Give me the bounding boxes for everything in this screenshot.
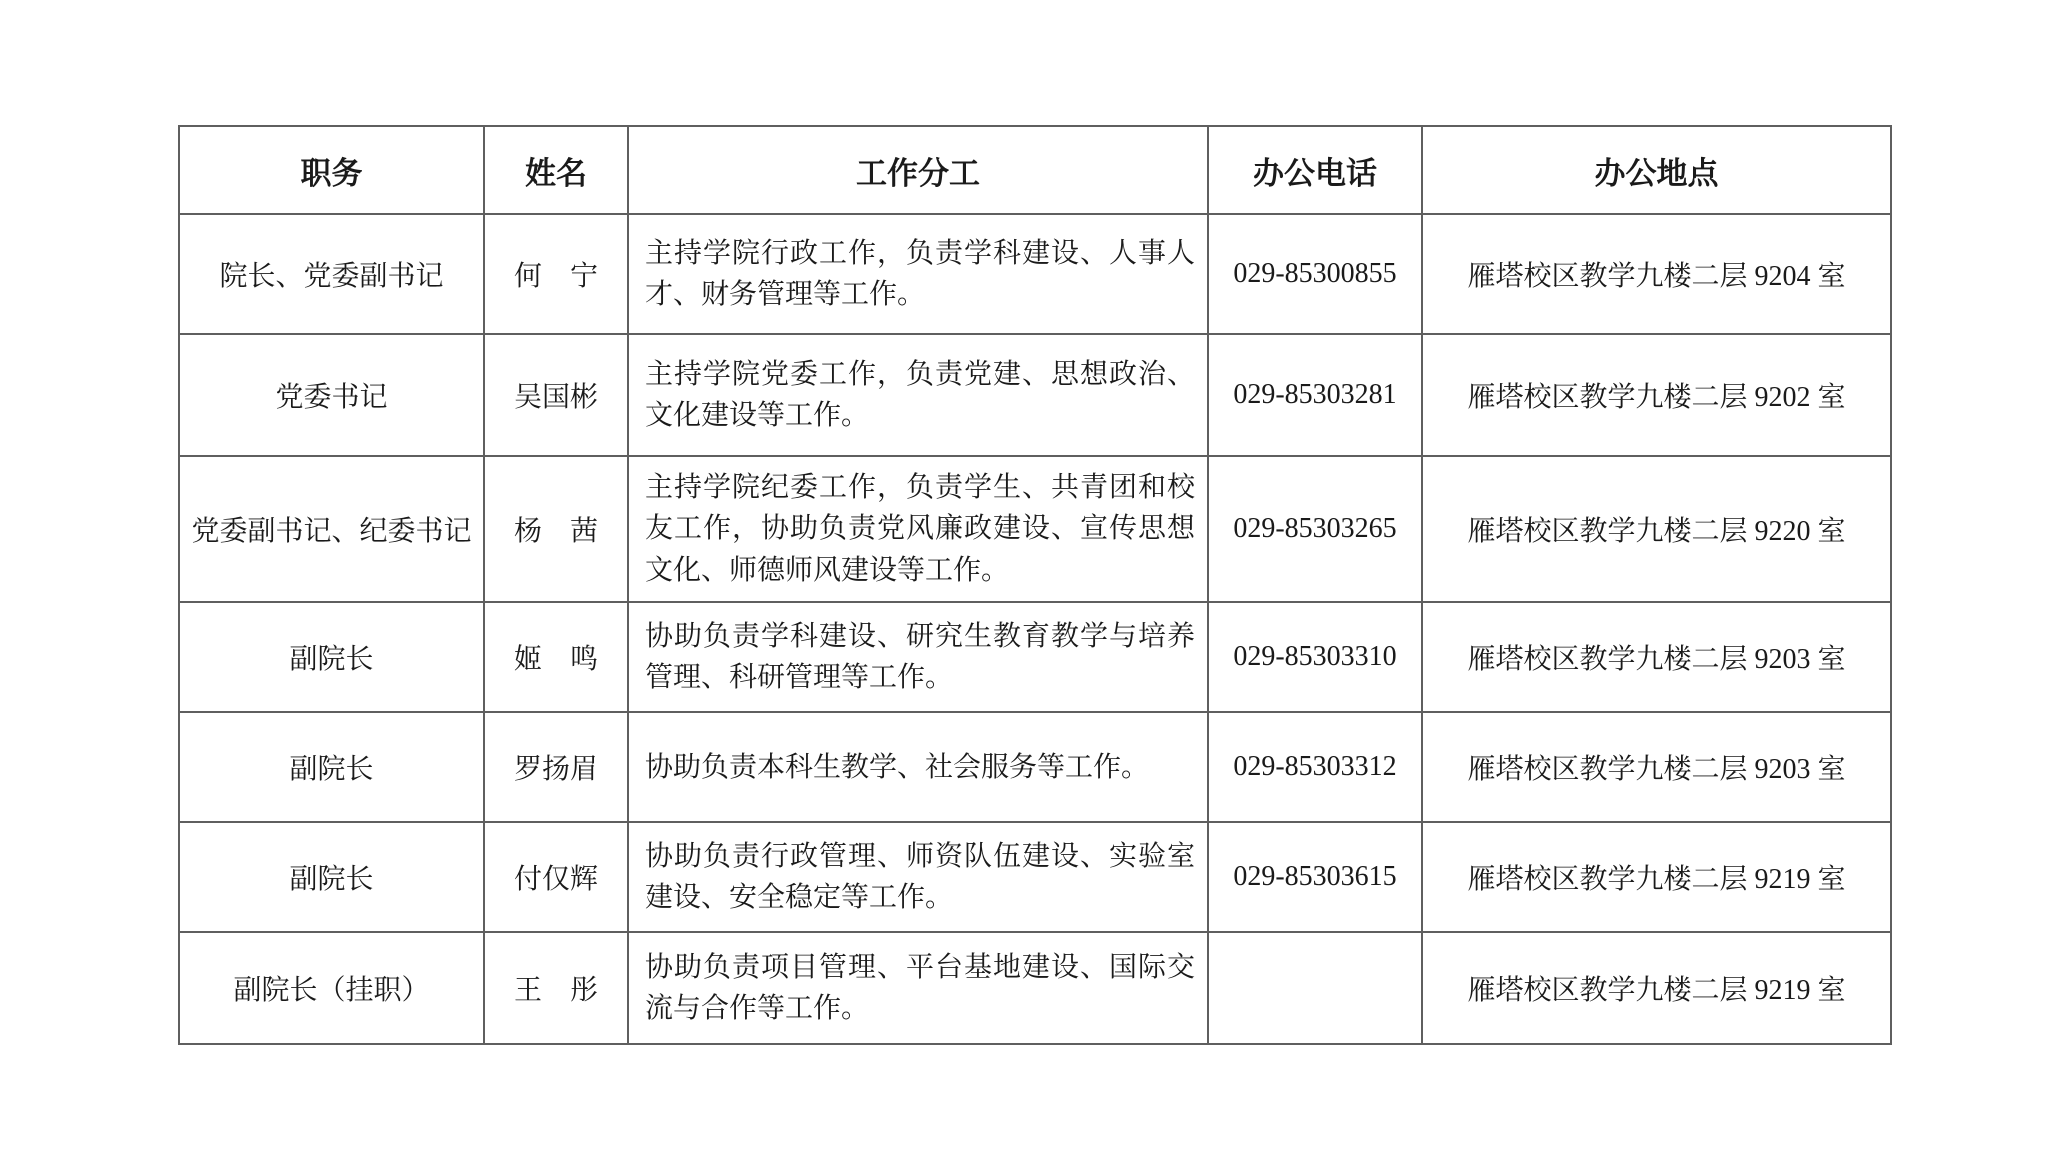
- staff-directory-table: 职务 姓名 工作分工 办公电话 办公地点 院长、党委副书记 何 宁 主持学院行政…: [178, 125, 1892, 1045]
- phone-cell: 029-85303615: [1208, 822, 1422, 932]
- office-cell: 雁塔校区教学九楼二层 9219 室: [1422, 822, 1891, 932]
- position-cell: 党委书记: [179, 334, 484, 456]
- header-row: 职务 姓名 工作分工 办公电话 办公地点: [179, 126, 1891, 214]
- name-cell: 罗扬眉: [484, 712, 628, 822]
- phone-cell: 029-85303281: [1208, 334, 1422, 456]
- name-cell: 杨 茜: [484, 456, 628, 602]
- table-row: 党委副书记、纪委书记 杨 茜 主持学院纪委工作，负责学生、共青团和校友工作，协助…: [179, 456, 1891, 602]
- name-cell: 何 宁: [484, 214, 628, 334]
- table-header: 职务 姓名 工作分工 办公电话 办公地点: [179, 126, 1891, 214]
- phone-cell: [1208, 932, 1422, 1044]
- office-cell: 雁塔校区教学九楼二层 9203 室: [1422, 712, 1891, 822]
- position-cell: 院长、党委副书记: [179, 214, 484, 334]
- duties-cell: 协助负责学科建设、研究生教育教学与培养管理、科研管理等工作。: [628, 602, 1208, 712]
- table-row: 副院长（挂职） 王 彤 协助负责项目管理、平台基地建设、国际交流与合作等工作。 …: [179, 932, 1891, 1044]
- position-cell: 副院长: [179, 602, 484, 712]
- table-row: 院长、党委副书记 何 宁 主持学院行政工作，负责学科建设、人事人才、财务管理等工…: [179, 214, 1891, 334]
- phone-cell: 029-85303310: [1208, 602, 1422, 712]
- office-cell: 雁塔校区教学九楼二层 9202 室: [1422, 334, 1891, 456]
- duties-cell: 协助负责行政管理、师资队伍建设、实验室建设、安全稳定等工作。: [628, 822, 1208, 932]
- name-cell: 姬 鸣: [484, 602, 628, 712]
- name-cell: 付仅辉: [484, 822, 628, 932]
- table-row: 党委书记 吴国彬 主持学院党委工作，负责党建、思想政治、文化建设等工作。 029…: [179, 334, 1891, 456]
- name-cell: 王 彤: [484, 932, 628, 1044]
- duties-cell: 主持学院纪委工作，负责学生、共青团和校友工作，协助负责党风廉政建设、宣传思想文化…: [628, 456, 1208, 602]
- header-phone: 办公电话: [1208, 126, 1422, 214]
- header-office: 办公地点: [1422, 126, 1891, 214]
- office-cell: 雁塔校区教学九楼二层 9204 室: [1422, 214, 1891, 334]
- position-cell: 党委副书记、纪委书记: [179, 456, 484, 602]
- phone-cell: 029-85300855: [1208, 214, 1422, 334]
- office-cell: 雁塔校区教学九楼二层 9219 室: [1422, 932, 1891, 1044]
- table-body: 院长、党委副书记 何 宁 主持学院行政工作，负责学科建设、人事人才、财务管理等工…: [179, 214, 1891, 1044]
- position-cell: 副院长（挂职）: [179, 932, 484, 1044]
- position-cell: 副院长: [179, 712, 484, 822]
- duties-cell: 协助负责项目管理、平台基地建设、国际交流与合作等工作。: [628, 932, 1208, 1044]
- duties-cell: 主持学院党委工作，负责党建、思想政治、文化建设等工作。: [628, 334, 1208, 456]
- name-cell: 吴国彬: [484, 334, 628, 456]
- table-row: 副院长 付仅辉 协助负责行政管理、师资队伍建设、实验室建设、安全稳定等工作。 0…: [179, 822, 1891, 932]
- phone-cell: 029-85303312: [1208, 712, 1422, 822]
- header-duties: 工作分工: [628, 126, 1208, 214]
- position-cell: 副院长: [179, 822, 484, 932]
- duties-cell: 协助负责本科生教学、社会服务等工作。: [628, 712, 1208, 822]
- office-cell: 雁塔校区教学九楼二层 9220 室: [1422, 456, 1891, 602]
- office-cell: 雁塔校区教学九楼二层 9203 室: [1422, 602, 1891, 712]
- header-position: 职务: [179, 126, 484, 214]
- duties-cell: 主持学院行政工作，负责学科建设、人事人才、财务管理等工作。: [628, 214, 1208, 334]
- phone-cell: 029-85303265: [1208, 456, 1422, 602]
- table-row: 副院长 罗扬眉 协助负责本科生教学、社会服务等工作。 029-85303312 …: [179, 712, 1891, 822]
- document-page: 职务 姓名 工作分工 办公电话 办公地点 院长、党委副书记 何 宁 主持学院行政…: [0, 0, 2048, 1161]
- table-row: 副院长 姬 鸣 协助负责学科建设、研究生教育教学与培养管理、科研管理等工作。 0…: [179, 602, 1891, 712]
- header-name: 姓名: [484, 126, 628, 214]
